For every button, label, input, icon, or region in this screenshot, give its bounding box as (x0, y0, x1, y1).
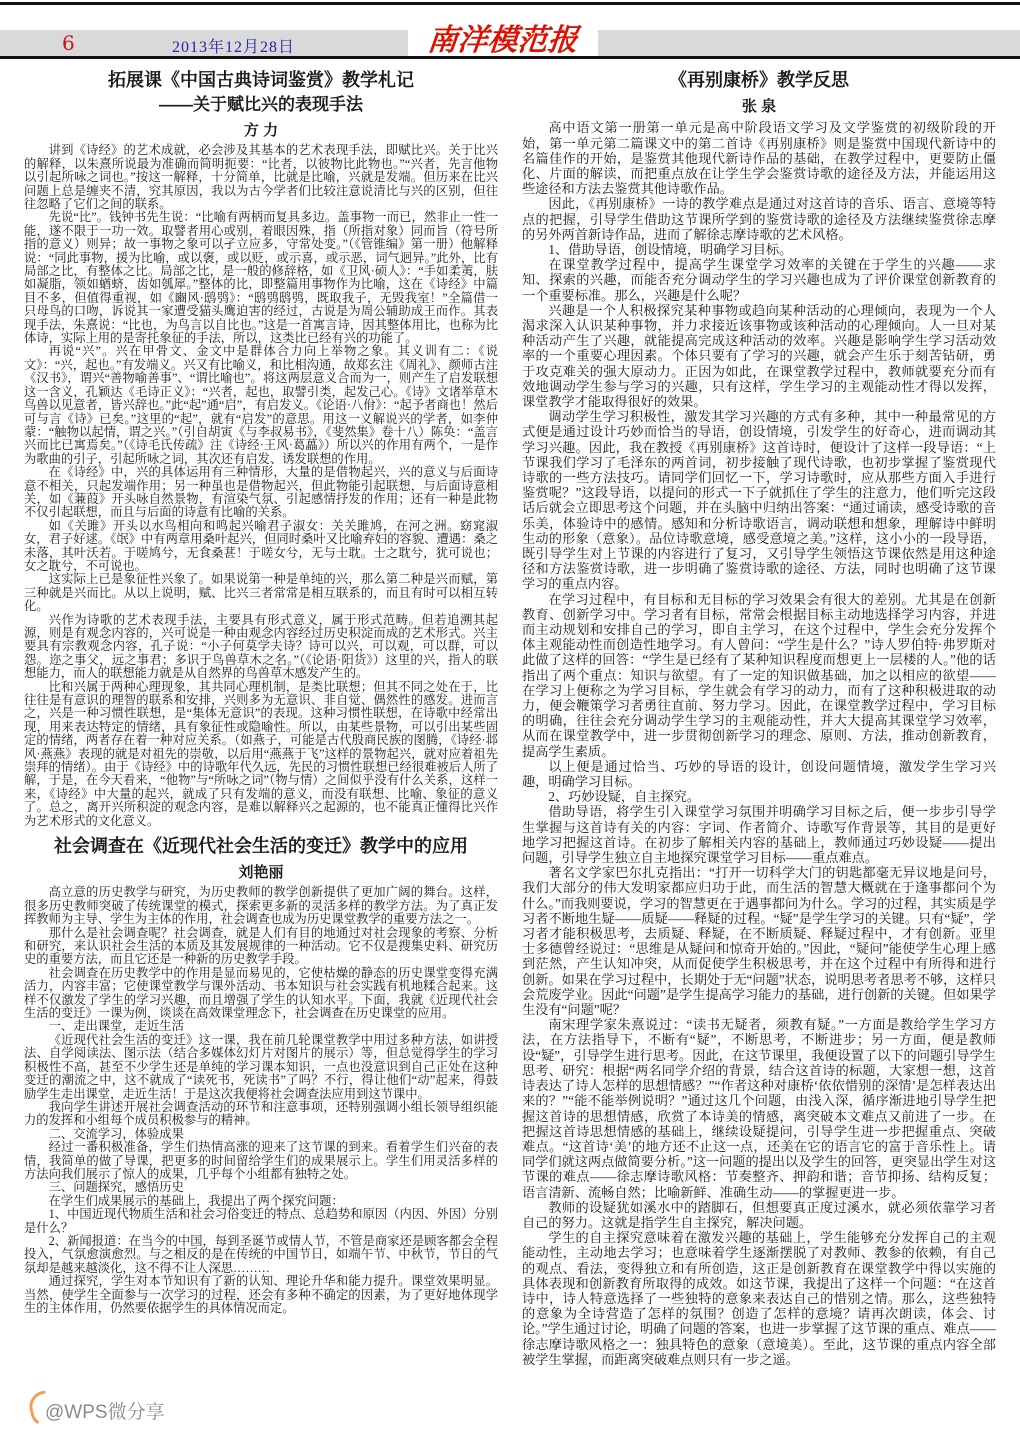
paragraph: 比和兴属于两种心理现象，其共同心理机制，是类比联想；但其不同之处在于，比往往是有… (24, 681, 498, 828)
paragraph: 著名文学家巴尔扎克指出：“打开一切科学大门的钥匙都毫无异议地是问号，我们大部分的… (522, 865, 996, 1017)
left-column: 拓展课《中国古典诗词鉴赏》教学札记 ——关于赋比兴的表现手法 方 力 讲到《诗经… (24, 62, 508, 1367)
paragraph: 在《诗经》中，兴的具体运用有三种情形，大量的是借物起兴，兴的意义与后面诗意不相关… (24, 466, 498, 520)
paragraph: 在课堂教学过程中，提高学生课堂学习效率的关键在于学生的兴趣——求知、探索的兴趣，… (522, 257, 996, 303)
article-survey-title: 社会调查在《近现代社会生活的变迁》教学中的应用 (24, 834, 498, 858)
paragraph: 《近现代社会生活的变迁》这一课，我在前几轮课堂教学中用过多种方法，如讲授法、自学… (24, 1034, 498, 1101)
header-rule (0, 56, 1020, 59)
paragraph: 教师的设疑犹如溪水中的踏脚石，但想要真正度过溪水，就必须依靠学习者自己的努力。这… (522, 1200, 996, 1230)
paragraph: 因此，《再别康桥》一诗的教学难点是通过对这首诗的音乐、语言、意境等特点的把握，引… (522, 196, 996, 242)
paragraph: 高中语文第一册第一单元是高中阶段语文学习及文学鉴赏的初级阶段的开始，第一单元第二… (522, 120, 996, 196)
wps-share-watermark: @WPS微分享 (30, 1392, 165, 1428)
masthead-box: 南洋模范报 (408, 16, 598, 58)
paragraph: 兴作为诗歌的艺术表现手法，主要具有形式意义，属于形式范畴。但若追溯其起源，则是有… (24, 614, 498, 681)
right-column: 《再别康桥》教学反思 张 泉 高中语文第一册第一单元是高中阶段语文学习及文学鉴赏… (508, 62, 996, 1367)
paragraph: 经过一番积极准备，学生们热情高涨的迎来了这节课的到来。看着学生们兴奋的表情，我简… (24, 1141, 498, 1181)
paragraph: 三、问题探究，感悟历史 (24, 1181, 498, 1194)
article-survey-body: 高立意的历史教学与研究，为历史教师的教学创新提供了更加广阔的舞台。这样，很多历史… (24, 886, 498, 1315)
paragraph: 一、走出课堂，走近生活 (24, 1020, 498, 1033)
paragraph: 兴趣是一个人积极探究某种事物或趋向某种活动的心理倾向，表现为一个人渴求深入认识某… (522, 303, 996, 409)
page-number: 6 (62, 31, 75, 55)
article-poetry: 拓展课《中国古典诗词鉴赏》教学札记 ——关于赋比兴的表现手法 方 力 讲到《诗经… (24, 68, 498, 828)
article-poetry-subtitle: ——关于赋比兴的表现手法 (24, 94, 498, 116)
issue-date: 2013年12月28日 (172, 34, 295, 57)
watermark-text: @WPS微分享 (45, 1397, 165, 1424)
newspaper-page: 6 2013年12月28日 南洋模范报 拓展课《中国古典诗词鉴赏》教学札记 ——… (0, 0, 1020, 1442)
paragraph: 先说“比”。钱钟书先生说：“比喻有两柄而复具多边。盖事物一而已，然非止一性一能，… (24, 211, 498, 345)
paragraph: 再说“兴”。兴在甲骨文、金文中是群体合力向上举物之象。其义训有二：《说文》：“兴… (24, 345, 498, 466)
article-reflection-body: 高中语文第一册第一单元是高中阶段语文学习及文学鉴赏的初级阶段的开始，第一单元第二… (522, 120, 996, 1367)
article-reflection-author: 张 泉 (522, 95, 996, 116)
article-reflection: 《再别康桥》教学反思 张 泉 高中语文第一册第一单元是高中阶段语文学习及文学鉴赏… (522, 68, 996, 1367)
content-columns: 拓展课《中国古典诗词鉴赏》教学札记 ——关于赋比兴的表现手法 方 力 讲到《诗经… (0, 62, 1020, 1367)
article-poetry-title: 拓展课《中国古典诗词鉴赏》教学札记 (24, 68, 498, 92)
paragraph: 通过探究，学生对本节知识有了新的认知、理论升华和能力提升。课堂效果明显。当然，使… (24, 1275, 498, 1315)
article-survey: 社会调查在《近现代社会生活的变迁》教学中的应用 刘艳丽 高立意的历史教学与研究，… (24, 834, 498, 1315)
article-poetry-body: 讲到《诗经》的艺术成就，必会涉及其基本的艺术表现手法，即赋比兴。关于比兴的解释，… (24, 144, 498, 828)
paragraph: 讲到《诗经》的艺术成就，必会涉及其基本的艺术表现手法，即赋比兴。关于比兴的解释，… (24, 144, 498, 211)
paragraph: 借助导语，将学生引入课堂学习氛围并明确学习目标之后，便一步步引导学生掌握与这首诗… (522, 804, 996, 865)
paragraph: 高立意的历史教学与研究，为历史教师的教学创新提供了更加广阔的舞台。这样，很多历史… (24, 886, 498, 926)
article-survey-author: 刘艳丽 (24, 861, 498, 882)
article-reflection-title: 《再别康桥》教学反思 (522, 68, 996, 92)
paragraph: 1、中国近现代物质生活和社会习俗变迁的特点、总趋势和原因（内因、外因）分别是什么… (24, 1208, 498, 1235)
paragraph: 我向学生讲述开展社会调查活动的环节和注意事项，还特别强调小组长领导组织能力的发挥… (24, 1101, 498, 1128)
paragraph: 以上便是通过恰当、巧妙的导语的设计，创设问题情境，激发学生学习兴趣，明确学习目标… (522, 759, 996, 789)
paragraph: 南宋理学家朱熹说过：“读书无疑者，须教有疑。”一方面是教给学生学习方法，在方法指… (522, 1017, 996, 1199)
paragraph: 2、巧妙设疑，自主探究。 (522, 789, 996, 804)
paragraph: 学生的自主探究意味着在激发兴趣的基础上，学生能够充分发挥自己的主观能动性，主动地… (522, 1230, 996, 1367)
top-rule (0, 2, 1020, 5)
paragraph: 在学习过程中，有目标和无目标的学习效果会有很大的差别。尤其是在创新教育、创新学习… (522, 592, 996, 759)
paragraph: 社会调查在历史教学中的作用是显而易见的，它使枯燥的静态的历史课堂变得充满活力，内… (24, 967, 498, 1021)
masthead-logo: 南洋模范报 (426, 15, 581, 59)
paragraph: 1、借助导语，创设情境，明确学习目标。 (522, 242, 996, 257)
paragraph: 那什么是社会调查呢？社会调查，就是人们有目的地通过对社会现象的考察、分析和研究，… (24, 927, 498, 967)
paragraph: 这实际上已是象征性兴象了。如果说第一种是单纯的兴，那么第二种是兴而赋，第三种就是… (24, 573, 498, 613)
article-poetry-author: 方 力 (24, 119, 498, 140)
paragraph: 调动学生学习积极性，激发其学习兴趣的方式有多种，其中一种最常见的方式便是通过设计… (522, 409, 996, 591)
paragraph: 2、新闻报道：在当今的中国，每到圣诞节或情人节，不管是商家还是顾客都会全程投入，… (24, 1235, 498, 1275)
paragraph: 如《关雎》开头以水鸟相向和鸣起兴喻君子淑女：关关雎鸠，在河之洲。窈窕淑女，君子好… (24, 520, 498, 574)
